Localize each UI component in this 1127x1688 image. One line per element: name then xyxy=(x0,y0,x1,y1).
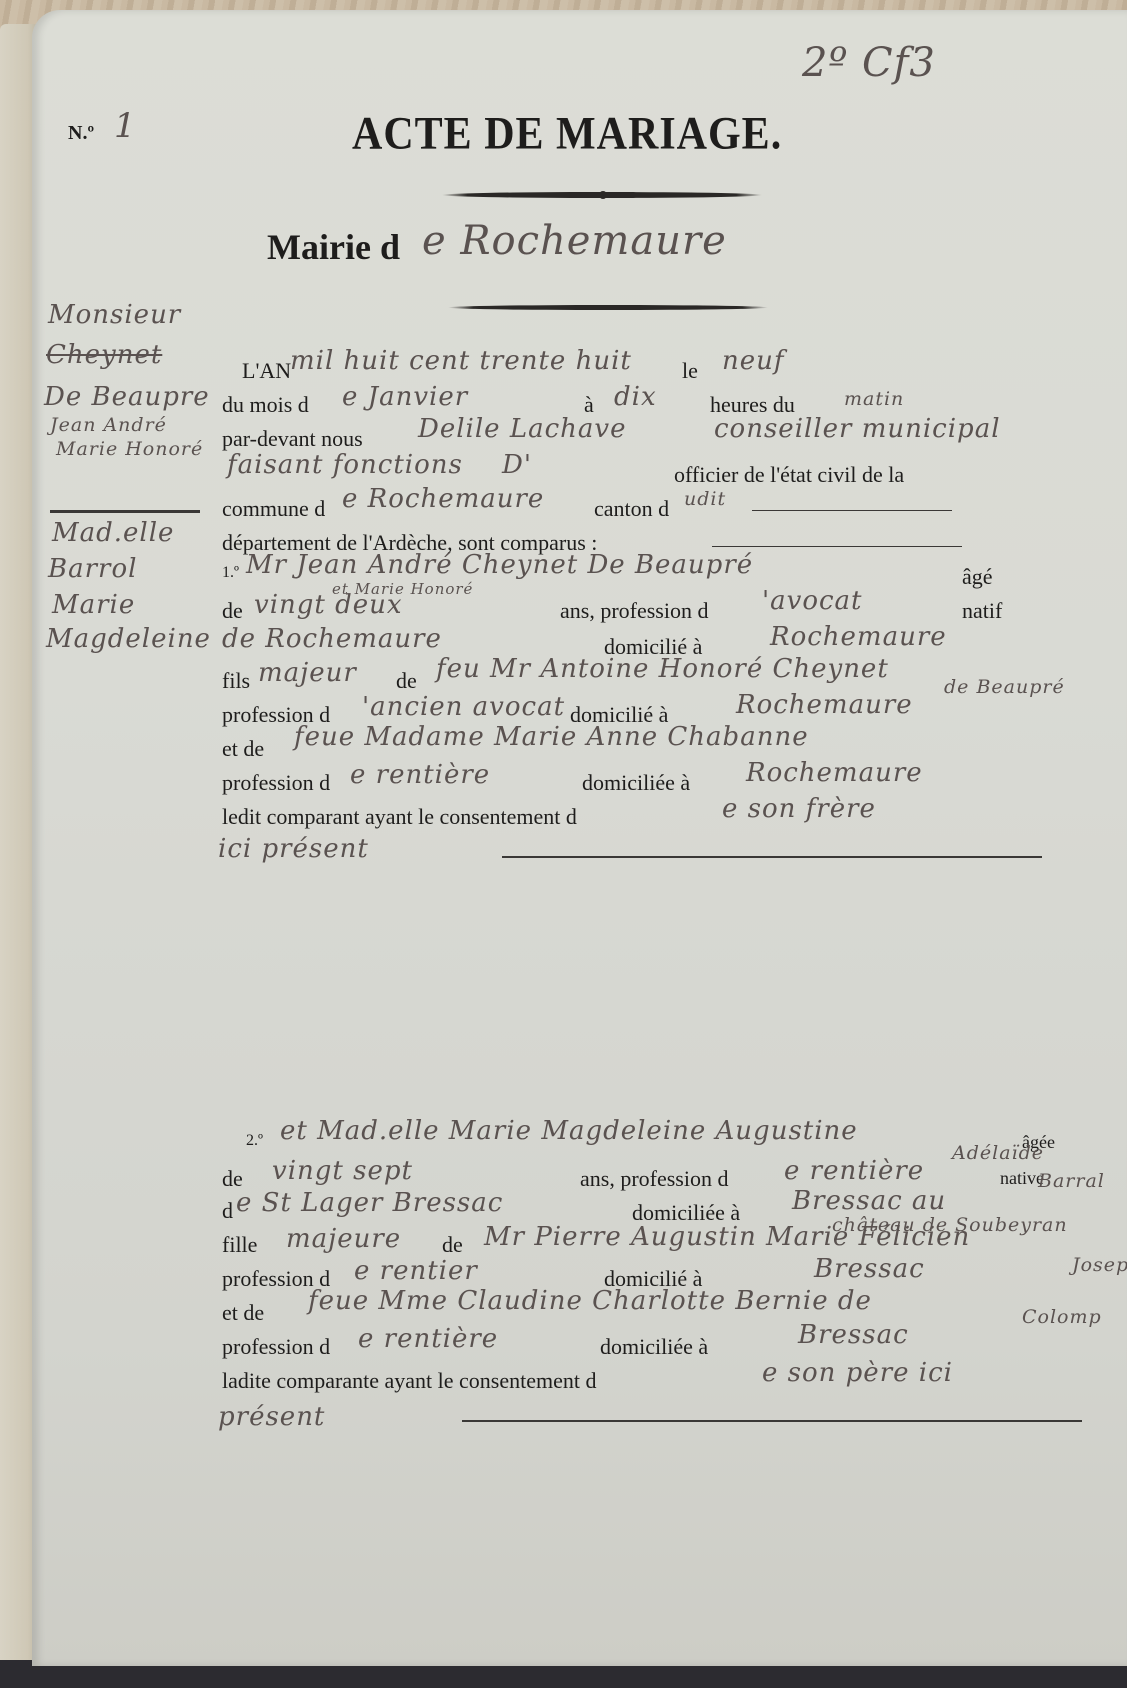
bride-name-insert: Adélaïde xyxy=(952,1142,1044,1164)
bride-father-profession-value: e rentier xyxy=(354,1256,478,1286)
groom-mother-domicile-value: Rochemaure xyxy=(746,758,923,788)
groom-name-insert: et Marie Honoré xyxy=(332,580,473,598)
bride-prefix: 2.º xyxy=(246,1132,263,1150)
commune-value: e Rochemaure xyxy=(342,484,544,514)
officiant-name: Delile Lachave xyxy=(418,414,626,444)
bride-daughter-label: fille xyxy=(222,1232,257,1258)
groom-mother-label: et de xyxy=(222,736,264,762)
bride-name-insert2: Barral xyxy=(1038,1170,1105,1192)
margin-bride-title: Mad.elle xyxy=(52,518,174,548)
bride-age-value: vingt sept xyxy=(272,1156,413,1186)
canton-rule xyxy=(752,510,952,511)
time-of-day-value: matin xyxy=(844,388,904,410)
commune-label: commune d xyxy=(222,496,325,522)
groom-domicile-value: Rochemaure xyxy=(770,622,947,652)
officiant-label: par-devant nous xyxy=(222,426,363,452)
bride-consent-value2: présent xyxy=(218,1402,325,1432)
bride-father-value: Mr Pierre Augustin Marie Félicien xyxy=(484,1222,970,1252)
year-value: mil huit cent trente huit xyxy=(290,346,632,376)
groom-father-value: feu Mr Antoine Honoré Cheynet xyxy=(436,654,889,684)
groom-age-prefix: de xyxy=(222,598,243,624)
bride-mother-domicile-value: Bressac xyxy=(798,1320,909,1350)
groom-father-domicile-value: Rochemaure xyxy=(736,690,913,720)
groom-mother-value: feue Madame Marie Anne Chabanne xyxy=(294,722,809,752)
bride-profession-label: ans, profession d xyxy=(580,1166,728,1192)
groom-profession-label: ans, profession d xyxy=(560,598,708,624)
bride-mother-domicile-label: domiciliée à xyxy=(600,1334,708,1360)
number-label: N.º xyxy=(68,122,94,145)
margin-groom-given2: Marie Honoré xyxy=(56,438,203,460)
mairie-value: e Rochemaure xyxy=(422,218,727,264)
bride-consent-value: e son père ici xyxy=(762,1358,953,1388)
bride-father-value2: Joseph xyxy=(1072,1254,1127,1276)
bride-mother-profession-value: e rentière xyxy=(358,1324,498,1354)
bride-father-label: de xyxy=(442,1232,463,1258)
bride-mother-profession-label: profession d xyxy=(222,1334,330,1360)
groom-mother-profession-label: profession d xyxy=(222,770,330,796)
function-value: faisant fonctions xyxy=(227,450,463,480)
officiant-role: conseiller municipal xyxy=(714,414,1001,444)
bride-mother-value2: Colomp xyxy=(1022,1306,1102,1328)
bride-name: et Mad.elle Marie Magdeleine Augustine xyxy=(280,1116,858,1146)
groom-mother-profession-value: e rentière xyxy=(350,760,490,790)
bride-mother-value: feue Mme Claudine Charlotte Bernie de xyxy=(308,1286,872,1316)
bride-mother-label: et de xyxy=(222,1300,264,1326)
groom-prefix: 1.º xyxy=(222,564,239,582)
bride-father-domicile-value: Bressac xyxy=(814,1254,925,1284)
month-value: e Janvier xyxy=(342,382,468,412)
canton-label: canton d xyxy=(594,496,669,522)
groom-son-value: majeur xyxy=(258,658,357,688)
margin-bride-given2: Magdeleine xyxy=(46,624,211,654)
register-page: N.º 1 2º Cf3 ACTE DE MARIAGE. Mairie d e… xyxy=(32,10,1127,1666)
margin-divider xyxy=(50,510,200,513)
day-value: neuf xyxy=(722,346,785,376)
margin-groom-title: Monsieur xyxy=(48,300,181,330)
ornament-dot xyxy=(599,191,607,199)
department-rule xyxy=(712,546,962,547)
margin-bride-surname: Barrol xyxy=(48,554,137,584)
mairie-ornament xyxy=(448,305,768,310)
groom-profession-value: 'avocat xyxy=(762,586,863,616)
groom-native-label: natif xyxy=(962,598,1002,624)
bride-profession-value: e rentière xyxy=(784,1156,924,1186)
page-title: ACTE DE MARIAGE. xyxy=(352,108,782,161)
groom-name: Mr Jean André Cheynet De Beaupré xyxy=(246,550,753,580)
margin-groom-given: Jean André xyxy=(50,414,167,436)
bride-daughter-value: majeure xyxy=(286,1224,401,1254)
year-label: L'AN xyxy=(242,358,291,384)
hour-value: dix xyxy=(614,382,657,412)
groom-consent-value: e son frère xyxy=(722,794,876,824)
groom-native-value: de Rochemaure xyxy=(222,624,442,654)
bride-consent-label: ladite comparante ayant le consentement … xyxy=(222,1368,596,1394)
canton-value: udit xyxy=(684,488,726,510)
groom-end-rule xyxy=(502,856,1042,858)
groom-mother-domicile-label: domiciliée à xyxy=(582,770,690,796)
groom-son-label: fils xyxy=(222,668,250,694)
groom-consent-value2: ici présent xyxy=(218,834,369,864)
corner-annotation: 2º Cf3 xyxy=(802,40,936,86)
month-label: du mois d xyxy=(222,392,309,418)
groom-father-label: de xyxy=(396,668,417,694)
bride-end-rule xyxy=(462,1420,1082,1422)
margin-groom-surname: De Beaupre xyxy=(44,382,210,412)
groom-age-label: âgé xyxy=(962,564,993,590)
bride-native-value: e St Lager Bressac xyxy=(236,1188,503,1218)
margin-groom-struck: Cheynet xyxy=(46,340,162,370)
groom-father-profession-value: 'ancien avocat xyxy=(362,692,565,722)
groom-father-value2: de Beaupré xyxy=(944,676,1065,698)
margin-bride-given: Marie xyxy=(52,590,135,620)
groom-consent-label: ledit comparant ayant le consentement d xyxy=(222,804,577,830)
bride-native-prefix: d xyxy=(222,1198,233,1224)
number-value: 1 xyxy=(114,106,137,146)
mairie-label: Mairie d xyxy=(267,226,400,268)
bride-domicile-value: Bressac au xyxy=(792,1186,946,1216)
function-prefix: D' xyxy=(502,450,532,480)
day-label: le xyxy=(682,358,698,384)
officer-label: officier de l'état civil de la xyxy=(674,462,904,488)
